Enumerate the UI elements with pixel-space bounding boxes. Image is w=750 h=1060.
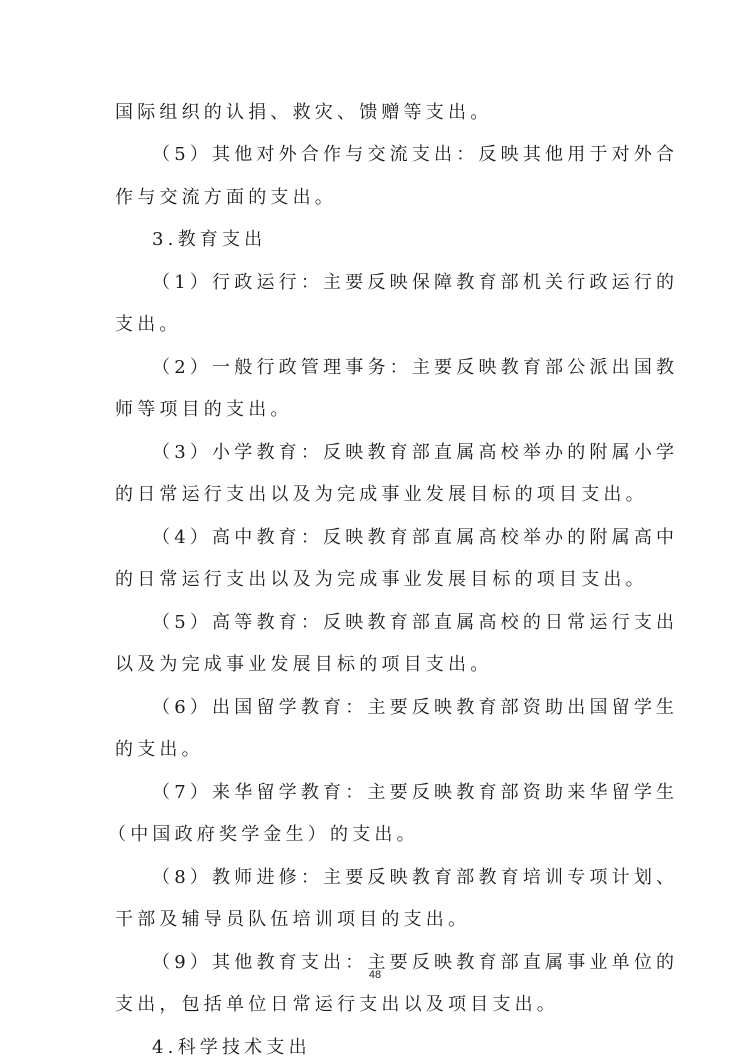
text-line-item-5: （5）高等教育：反映教育部直属高校的日常运行支出 xyxy=(152,612,682,634)
text-line-item-2: （2）一般行政管理事务：主要反映教育部公派出国教 xyxy=(152,357,682,379)
text-line: 的日常运行支出以及为完成事业发展目标的项目支出。 xyxy=(115,484,645,506)
text-line: 的支出。 xyxy=(115,739,645,761)
text-line-item-7: （7）来华留学教育：主要反映教育部资助来华留学生 xyxy=(152,782,682,804)
text-line: （中国政府奖学金生）的支出。 xyxy=(108,824,638,846)
text-line-item-5-foreign: （5）其他对外合作与交流支出：反映其他用于对外合 xyxy=(152,144,682,166)
section-heading-education: 3.教育支出 xyxy=(152,229,682,251)
document-page: 国际组织的认捐、救灾、馈赠等支出。 （5）其他对外合作与交流支出：反映其他用于对… xyxy=(0,0,750,1060)
text-line: 作与交流方面的支出。 xyxy=(115,187,645,209)
text-line-item-6: （6）出国留学教育：主要反映教育部资助出国留学生 xyxy=(152,697,682,719)
text-line: 以及为完成事业发展目标的项目支出。 xyxy=(115,654,645,676)
text-line: 支出。 xyxy=(115,314,645,336)
text-line-item-4: （4）高中教育：反映教育部直属高校举办的附属高中 xyxy=(152,527,682,549)
text-line: 国际组织的认捐、救灾、馈赠等支出。 xyxy=(115,102,645,124)
text-line: 支出，包括单位日常运行支出以及项目支出。 xyxy=(115,994,645,1016)
text-line-item-1: （1）行政运行：主要反映保障教育部机关行政运行的 xyxy=(152,272,682,294)
page-number: 48 xyxy=(0,969,750,981)
text-line-item-3: （3）小学教育：反映教育部直属高校举办的附属小学 xyxy=(152,442,682,464)
text-line: 师等项目的支出。 xyxy=(115,399,645,421)
text-line-item-8: （8）教师进修：主要反映教育部教育培训专项计划、 xyxy=(152,867,682,889)
text-line: 干部及辅导员队伍培训项目的支出。 xyxy=(115,909,645,931)
text-line: 的日常运行支出以及为完成事业发展目标的项目支出。 xyxy=(115,569,645,591)
section-heading-science: 4.科学技术支出 xyxy=(152,1037,682,1059)
